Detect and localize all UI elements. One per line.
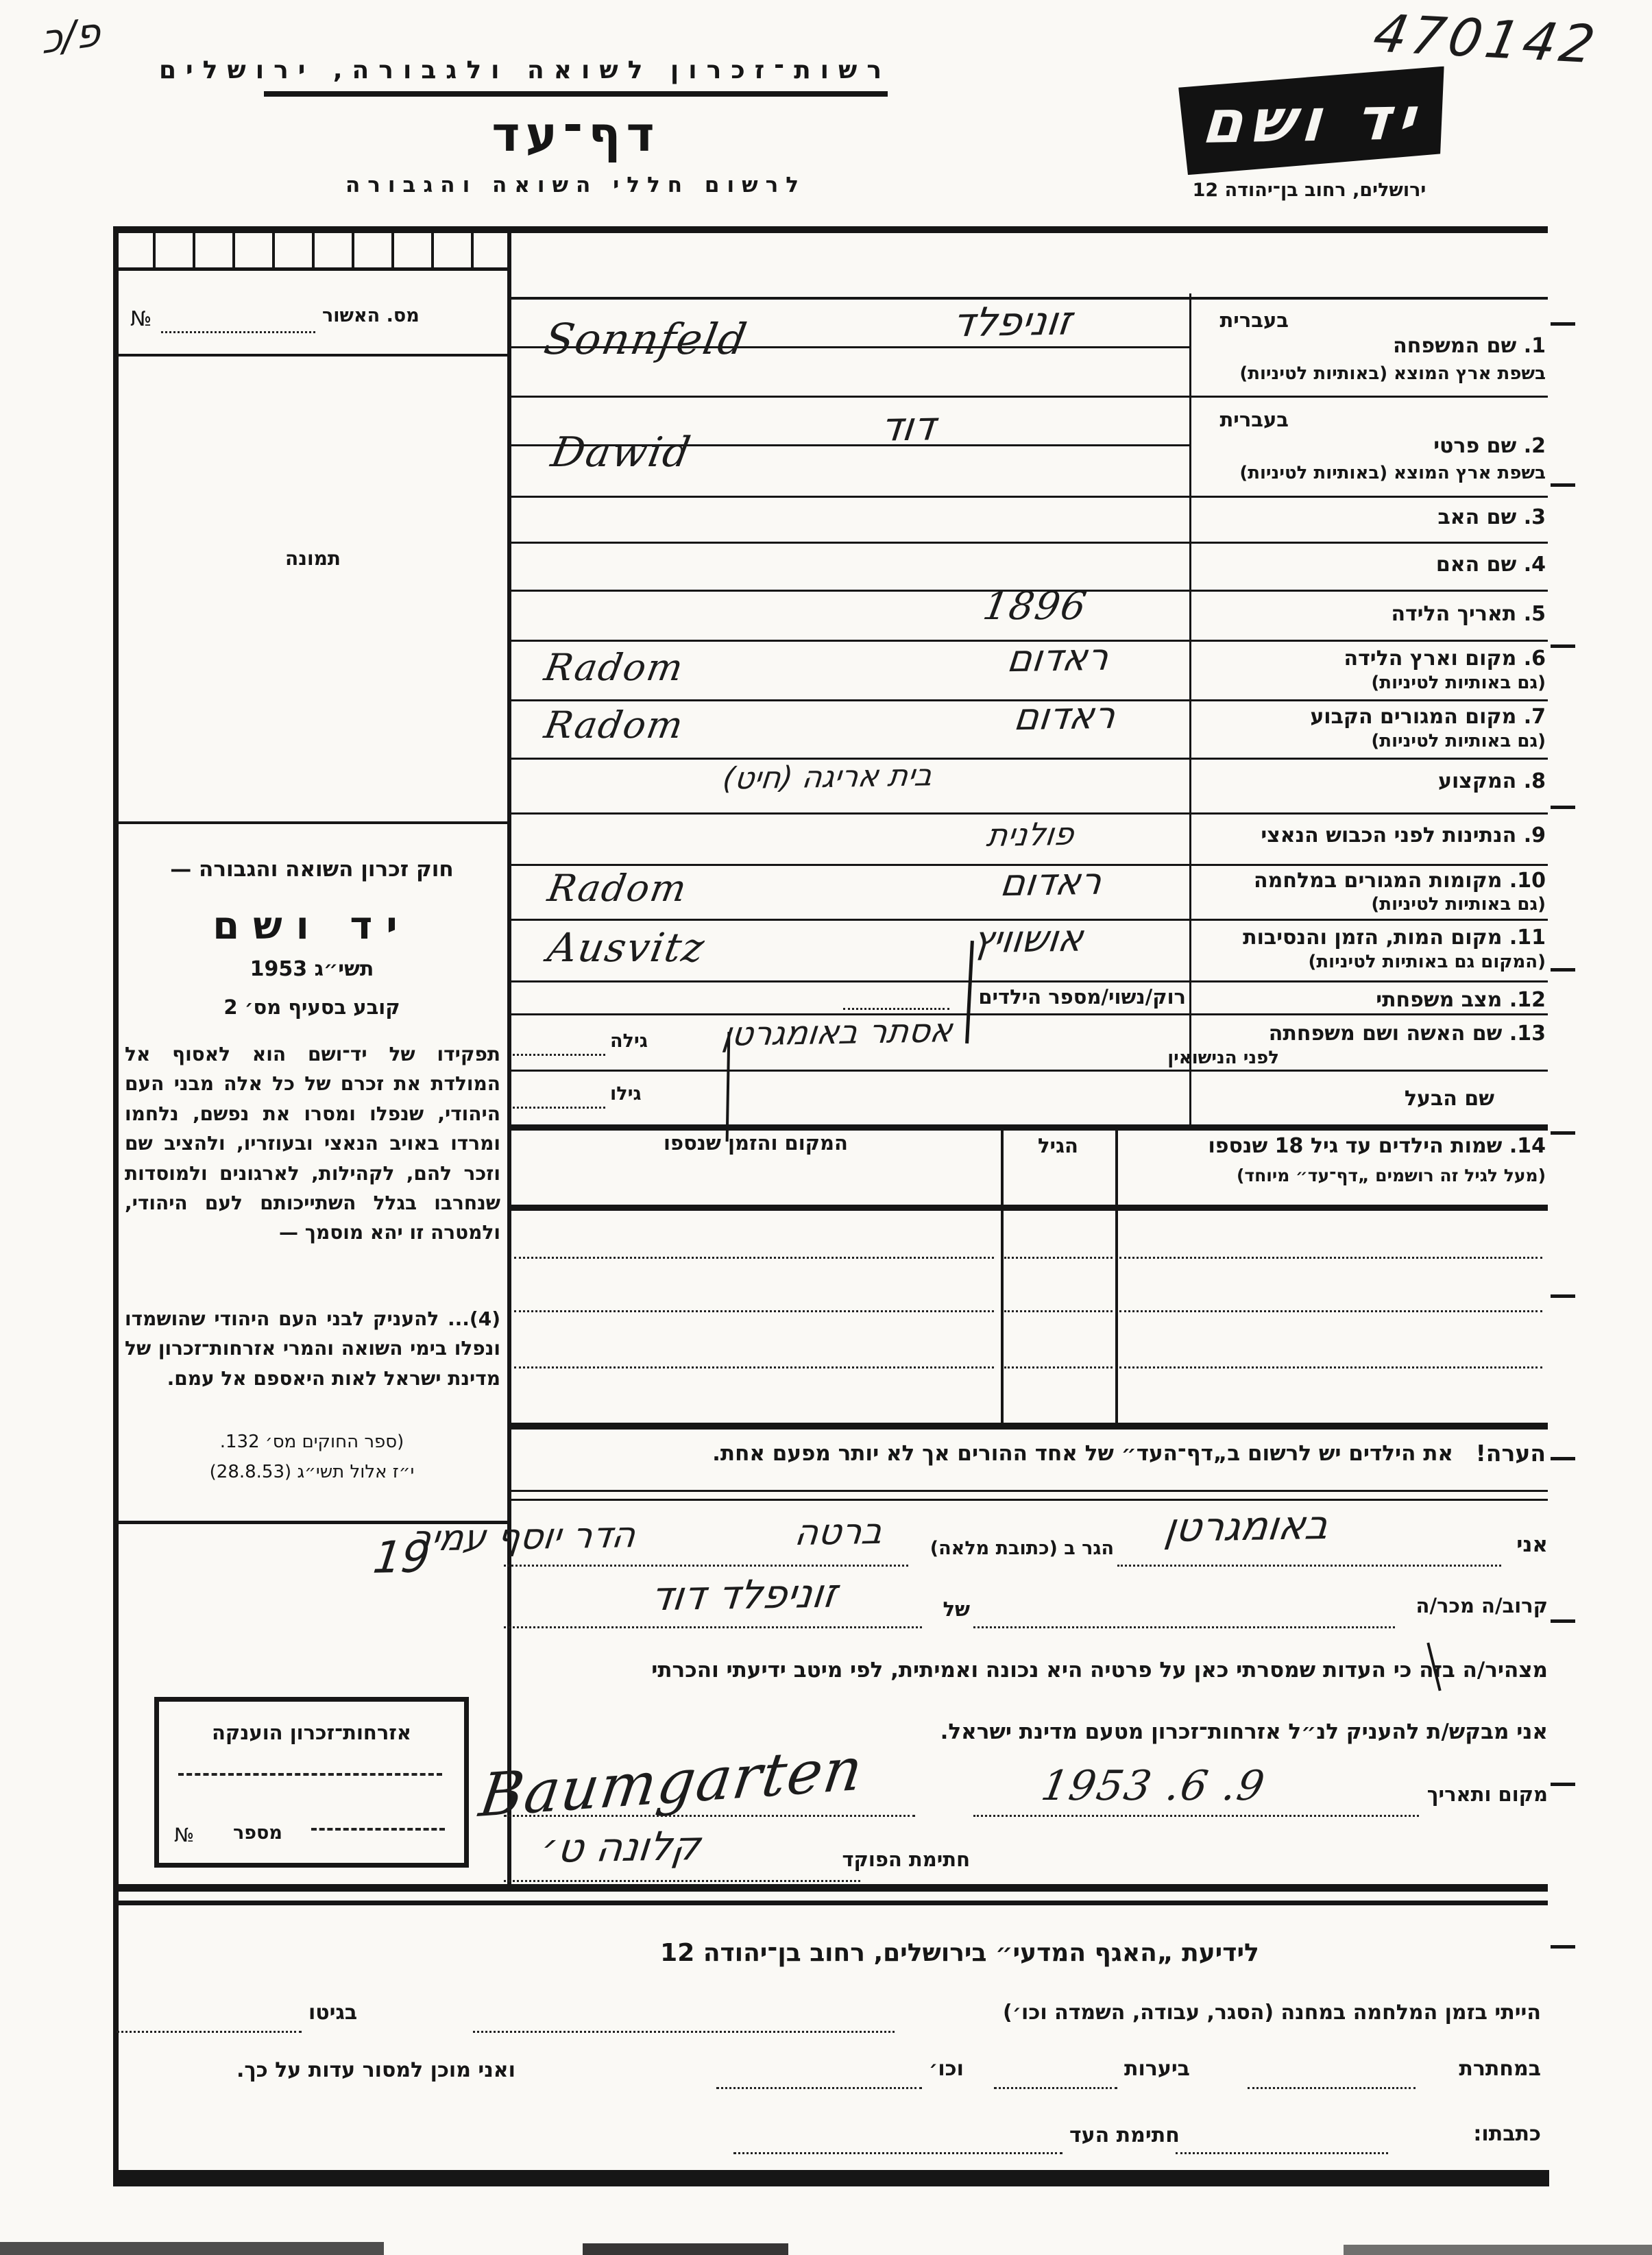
- ruler-tick: [1551, 806, 1575, 809]
- field-10-label: 10. מקומות המגורים במלחמה: [1254, 869, 1546, 893]
- field-6-sublabel: (גם באותיות לטיניות): [1371, 673, 1546, 693]
- law-heading: חוק זכרון השואה והגבורה —: [123, 857, 500, 882]
- footer-heading: לידיעת „האגף המדעי״ בירושלים, רחוב בן־יה…: [480, 1939, 1440, 1967]
- declarant-address-handwritten: הדר יוסף עמיר: [409, 1515, 638, 1560]
- form-title: דף־עד: [260, 106, 891, 162]
- ruler-tick: [1551, 1457, 1575, 1460]
- entry-death-place-latin: Ausvitz: [544, 924, 709, 971]
- note-rule-2: [507, 1499, 1548, 1501]
- footer-address-line: [1176, 2130, 1388, 2154]
- table-row-line: [1119, 1235, 1542, 1259]
- field-1-lang-label: בעברית: [1220, 309, 1289, 332]
- entry-residence-latin: Radom: [541, 703, 687, 747]
- official-signature-label: חתימת הפוקד: [842, 1848, 970, 1871]
- entry-first-name-hebrew: דוד: [878, 402, 938, 450]
- table-col-children-names-note: (מעל לגיל זה רושמים „דף־עד״ מיוחד): [1237, 1166, 1546, 1185]
- table-row-line: [1004, 1345, 1113, 1368]
- husband-age-line: [513, 1085, 605, 1109]
- field-2-lang-label: בעברית: [1220, 408, 1289, 431]
- marital-status-pen-stroke: [965, 941, 974, 1044]
- note-label: הערה!: [1476, 1440, 1546, 1467]
- declaration-statement: מצהיר/ה בזה כי העדות שמסרתי כאן על פרטיה…: [651, 1658, 1548, 1683]
- yad-vashem-logo: יד ושם: [1178, 67, 1446, 176]
- ruler-tick: [1551, 1945, 1575, 1949]
- approval-no-symbol: №: [130, 307, 151, 331]
- cell-divider: [471, 228, 474, 267]
- entry-birth-year: 1896: [980, 584, 1091, 629]
- date-handwritten: 9. 6. 1953: [1038, 1762, 1270, 1810]
- scan-smudge: [583, 2243, 788, 2255]
- declaration-request: אני מבקש/ת להעניק לנ״ל אזרחות־זכרון מטעם…: [940, 1720, 1548, 1744]
- table-top-rule: [507, 1124, 1548, 1131]
- ruler-tick: [1551, 968, 1575, 972]
- footer-underground-line: [1248, 2065, 1416, 2089]
- law-top-rule: [115, 821, 511, 824]
- declarant-family-name-handwritten: באומגרטן: [1163, 1502, 1331, 1551]
- scan-smudge: [1344, 2245, 1652, 2255]
- table-row-line: [514, 1289, 994, 1312]
- footer-etc-label: וכו׳: [929, 2057, 964, 2081]
- field-9-label: 9. הנתינות לפני הכבוש הנאצי: [1261, 823, 1546, 847]
- approval-number-line: [161, 307, 315, 333]
- field-10-sublabel: (גם באותיות לטיניות): [1371, 894, 1546, 915]
- header-rule: [264, 91, 888, 97]
- ruler-tick: [1551, 1131, 1575, 1135]
- field-3-label: 3. שם האב: [1437, 505, 1546, 529]
- entry-wife-name: אסתר באומגרטן: [720, 1011, 954, 1054]
- table-col-place: המקום והזמן שנספו: [511, 1131, 1001, 1155]
- row-separator: [507, 812, 1548, 815]
- table-bottom-rule: [507, 1423, 1548, 1430]
- frame-top-rule: [113, 226, 1548, 233]
- field-2-sublabel: בשפת ארץ המוצא (באותיות לטיניות): [1239, 463, 1546, 483]
- citizenship-grant-box: אזרחות־זכרון הוענקה № מספר: [154, 1697, 469, 1868]
- table-col-divider-age-left: [1001, 1124, 1004, 1424]
- cell-divider: [352, 228, 354, 267]
- entry-wartime-residence-hebrew: ראדום: [998, 860, 1104, 905]
- row-separator: [507, 980, 1548, 982]
- row-separator: [507, 1070, 1548, 1072]
- daf-ed-form-scan: פ/כ 470142 רשות־זכרון לשואה ולגבורה, ירו…: [0, 0, 1652, 2255]
- cell-divider: [153, 228, 156, 267]
- field-2-label: 2. שם פרטי: [1433, 434, 1546, 458]
- entry-wartime-residence-latin: Radom: [544, 867, 690, 910]
- table-row-line: [514, 1235, 994, 1259]
- field-1-sublabel: בשפת ארץ המוצא (באותיות לטיניות): [1239, 363, 1546, 384]
- note-text: את הילדים יש לרשום ב„דף־העד״ של אחד ההור…: [712, 1441, 1453, 1466]
- footer-forests-label: ביערות: [1124, 2057, 1190, 2081]
- footer-ghetto-line: [117, 2009, 302, 2033]
- footer-camp-label: הייתי בזמן המלחמה במחנה (הסגר, עבודה, הש…: [1003, 2001, 1541, 2025]
- declaration-relation-label: קרוב/ה מכר/ה: [1416, 1594, 1548, 1617]
- husband-age-label: גילו: [610, 1083, 642, 1105]
- footer-witness-signature-line: [733, 2130, 1062, 2154]
- table-row-line: [1004, 1289, 1113, 1312]
- footer-forests-line: [994, 2065, 1117, 2089]
- cell-divider: [312, 228, 315, 267]
- entry-death-place-hebrew: אושוויץ: [971, 917, 1086, 962]
- entry-residence-hebrew: ראדום: [1012, 694, 1118, 739]
- field-5-label: 5. תאריך הלידה: [1391, 602, 1546, 626]
- grant-box-number-label: מספר: [233, 1822, 282, 1844]
- grant-box-title: אזרחות־זכרון הוענקה: [159, 1721, 464, 1744]
- cell-divider: [391, 228, 394, 267]
- law-clause: קובע בסעיף מס׳ 2: [123, 996, 500, 1019]
- entry-citizenship: פולנית: [985, 815, 1076, 854]
- declaration-residence-label: הגר ב (כתובת מלאה): [930, 1538, 1114, 1559]
- table-row-line: [1119, 1289, 1542, 1312]
- entry-birth-place-latin: Radom: [541, 646, 687, 689]
- ruler-tick: [1551, 644, 1575, 648]
- relation-line: [973, 1604, 1395, 1628]
- cell-divider: [431, 228, 434, 267]
- row-separator: [507, 496, 1548, 498]
- entry-family-name-hebrew: זוניפלד: [950, 297, 1075, 346]
- logo-address: ירושלים, רחוב בן־יהודה 12: [1138, 180, 1481, 201]
- declaration-i-label: אני: [1516, 1532, 1548, 1557]
- section-bottom-rule-1: [113, 1884, 1548, 1892]
- registration-number-handwritten: 470142: [1369, 3, 1604, 75]
- place-date-label: מקום ותאריך: [1427, 1783, 1548, 1806]
- column-divider: [507, 226, 511, 1885]
- field-12-label: 12. מצב משפחתי: [1376, 988, 1546, 1012]
- declaration-of-label: של: [943, 1597, 970, 1621]
- footer-camp-line: [473, 2009, 895, 2033]
- field-4-label: 4. שם האם: [1436, 553, 1546, 577]
- grant-box-number-line: [311, 1825, 445, 1831]
- label-column-divider: [1189, 293, 1191, 1124]
- law-paragraph-2: (4)... להעניק לבני העם היהודי שהושמדו ונ…: [125, 1304, 500, 1393]
- table-col-age: הגיל: [1001, 1134, 1115, 1157]
- law-reference-2: י״ז אלול תשי״ג (28.8.53): [123, 1462, 500, 1482]
- row-separator: [507, 758, 1548, 760]
- cell-strip-bottom: [113, 267, 511, 271]
- grant-box-no-symbol: №: [174, 1824, 194, 1846]
- grant-box-line: [178, 1770, 442, 1776]
- field-6-label: 6. מקום וארץ הלידה: [1344, 647, 1546, 671]
- cell-divider: [272, 228, 275, 267]
- law-year: תשי״ג 1953: [123, 957, 500, 981]
- section-bottom-rule-2: [113, 1901, 1548, 1905]
- entry-family-name-latin: Sonnfeld: [541, 314, 752, 364]
- row-separator: [507, 1013, 1548, 1015]
- yad-vashem-logo-text: יד ושם: [1200, 84, 1424, 157]
- ruler-tick: [1551, 1783, 1575, 1786]
- ruler-tick: [1551, 483, 1575, 487]
- table-col-children-names: 14. שמות הילדים עד גיל 18 שנספו: [1208, 1134, 1546, 1158]
- law-name: יד ושם: [123, 904, 500, 948]
- table-col-divider-age-right: [1115, 1124, 1118, 1424]
- footer-witness-signature-label: חתימת העד: [1069, 2123, 1180, 2147]
- field-11-label: 11. מקום המות, הזמן והנסיבות: [1243, 926, 1546, 950]
- entry-profession: בית אריגה (חיט): [721, 758, 935, 796]
- form-subtitle: לרשום חללי השואה והגבורה: [260, 173, 891, 197]
- footer-ghetto-label: בגיטו: [308, 2001, 357, 2025]
- table-row-line: [1119, 1345, 1542, 1368]
- row-separator: [507, 396, 1548, 398]
- field-8-label: 8. המקצוע: [1438, 769, 1546, 793]
- photo-label: תמונה: [115, 547, 511, 570]
- law-paragraph-1: תפקידו של יד־ושם הוא לאסוף אל המולדת את …: [125, 1039, 500, 1248]
- footer-underground-label: במחתרת: [1459, 2057, 1541, 2081]
- note-rule-1: [507, 1490, 1548, 1492]
- field-13-label: 13. שם האשה ושם משפחתה: [1269, 1022, 1546, 1046]
- cell-divider: [232, 228, 235, 267]
- footer-address-label: כתבתו:: [1473, 2122, 1541, 2146]
- table-row-line: [1004, 1235, 1113, 1259]
- field-1-label: 1. שם המשפחה: [1393, 334, 1546, 358]
- approval-number-label: מס. האשור: [322, 305, 420, 326]
- husband-label: שם הבעל: [1405, 1087, 1494, 1111]
- ruler-tick: [1551, 1619, 1575, 1623]
- footer-etc-line: [716, 2065, 922, 2089]
- field-12-inline-options: רוק/נשוי/מספר הילדים: [978, 985, 1186, 1009]
- cell-divider: [193, 228, 195, 267]
- scan-smudge: [0, 2242, 384, 2255]
- field-12-children-count-line: [843, 986, 949, 1010]
- ruler-tick: [1551, 1294, 1575, 1298]
- law-reference-1: (ספר החוקים מס׳ 132.: [123, 1432, 500, 1452]
- frame-left-border: [113, 226, 119, 2186]
- field-13-age-line: [513, 1032, 605, 1056]
- official-signature-handwritten: קלונה ט׳: [539, 1822, 703, 1872]
- ruler-tick: [1551, 322, 1575, 326]
- table-header-bottom-rule: [507, 1205, 1548, 1211]
- field-7-label: 7. מקום המגורים הקבוע: [1310, 705, 1546, 729]
- table-row-line: [514, 1345, 994, 1368]
- corner-handwritten-mark: פ/כ: [40, 8, 101, 63]
- entry-birth-place-hebrew: ראדום: [1005, 636, 1111, 681]
- entry-first-name-latin: Dawid: [548, 429, 695, 477]
- field-13-age-label: גילה: [610, 1030, 648, 1052]
- field-13-sublabel: לפני הנישואין: [1167, 1048, 1279, 1068]
- footer-testify-text: ואני מוכן למסור עדות על כך.: [236, 2058, 515, 2082]
- page-bottom-rule: [113, 2170, 1549, 2186]
- authority-name: רשות־זכרון לשואה ולגבורה, ירושלים: [260, 56, 891, 84]
- approval-rule: [115, 354, 511, 357]
- field-7-sublabel: (גם באותיות לטיניות): [1371, 731, 1546, 751]
- field-11-sublabel: (המקום גם באותיות לטיניות): [1309, 952, 1546, 972]
- relative-name-handwritten: זוניפלד דוד: [648, 1570, 840, 1620]
- row-separator: [507, 542, 1548, 544]
